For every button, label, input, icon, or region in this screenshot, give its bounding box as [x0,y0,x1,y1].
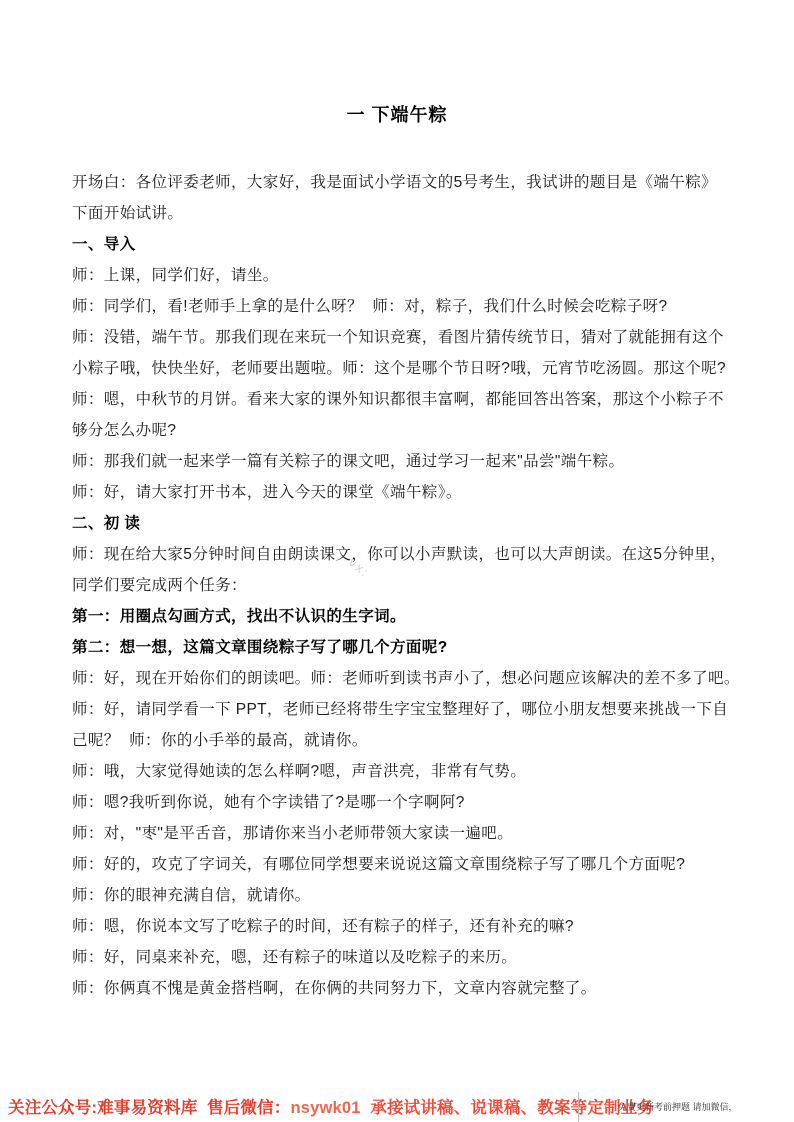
script-line: 师：好，请同学看一下 PPT，老师已经将带生字宝宝整理好了，哪位小朋友想要来挑战… [72,694,724,725]
script-line: 师：现在给大家5分钟时间自由朗读课文，你可以小声默读，也可以大声朗读。在这5分钟… [72,539,724,570]
script-line: 师：嗯，中秋节的月饼。看来大家的课外知识都很丰富啊，都能回答出答案，那这个小粽子… [72,384,724,415]
section-heading-line: 二、初 读 [72,508,724,539]
script-line: 师：哦，大家觉得她读的怎么样啊?嗯，声音洪亮，非常有气势。 [72,756,724,787]
script-line: 同学们要完成两个任务： [72,570,724,601]
footer-promo-suffix: 承接试讲稿、说课稿、教案等定制业务 [361,1099,654,1117]
document-page: { "title": "一 下端午粽", "watermark": "vx:",… [0,0,794,1122]
script-line: 够分怎么办呢? [72,415,724,446]
script-line: 师：嗯，你说本文写了吃粽子的时间，还有粽子的样子，还有补充的嘛? [72,911,724,942]
footer-bar: 关注公众号:难事易资料库 售后微信：nsywk01 承接试讲稿、说课稿、教案等定… [0,1092,794,1122]
section-heading-line: 第二：想一想，这篇文章围绕粽子写了哪几个方面呢? [72,632,724,663]
footer-promo-prefix: 关注公众号:难事易资料库 售后微信： [8,1099,290,1117]
script-line: 师：那我们就一起来学一篇有关粽子的课文吧，通过学习一起来"品尝"端午粽。 [72,446,724,477]
script-line: 师：你俩真不愧是黄金搭档啊，在你俩的共同努力下，文章内容就完整了。 [72,973,724,1004]
script-line: 师：好，同桌来补充，嗯，还有粽子的味道以及吃粽子的来历。 [72,942,724,973]
footer-divider [578,1092,579,1122]
script-line: 己呢？ 师：你的小手举的最高，就请你。 [72,725,724,756]
footer-promo-text: 关注公众号:难事易资料库 售后微信：nsywk01 承接试讲稿、说课稿、教案等定… [8,1094,654,1118]
script-line: 师：你的眼神充满自信，就请你。 [72,880,724,911]
document-body: 开场白：各位评委老师，大家好，我是面试小学语文的5号考生，我试讲的题目是《端午粽… [72,167,724,1004]
script-line: 师：嗯?我听到你说，她有个字读错了?是哪一个字啊阿? [72,787,724,818]
script-line: 师：没错，端午节。那我们现在来玩一个知识竞赛，看图片猜传统节日，猜对了就能拥有这… [72,322,724,353]
section-heading-line: 第一：用圈点勾画方式，找出不认识的生字词。 [72,601,724,632]
script-line: 开场白：各位评委老师，大家好，我是面试小学语文的5号考生，我试讲的题目是《端午粽… [72,167,724,198]
footer-right-note: 免费更新考前押题 请加微信， [618,1100,738,1113]
script-line: 师：好，请大家打开书本，进入今天的课堂《端午粽》。 [72,477,724,508]
footer-wechat-id: nsywk01 [290,1099,360,1117]
script-line: 师：好的，攻克了字词关，有哪位同学想要来说说这篇文章围绕粽子写了哪几个方面呢? [72,849,724,880]
section-heading-line: 一、导入 [72,229,724,260]
script-line: 师：好，现在开始你们的朗读吧。师：老师听到读书声小了，想必问题应该解决的差不多了… [72,663,724,694]
script-line: 师：同学们，看!老师手上拿的是什么呀？ 师：对，粽子，我们什么时候会吃粽子呀? [72,291,724,322]
script-line: 小粽子哦，快快坐好，老师要出题啦。师：这个是哪个节日呀?哦，元宵节吃汤圆。那这个… [72,353,724,384]
script-line: 下面开始试讲。 [72,198,724,229]
script-line: 师：对，"枣"是平舌音，那请你来当小老师带领大家读一遍吧。 [72,818,724,849]
script-line: 师：上课，同学们好，请坐。 [72,260,724,291]
page-title: 一 下端午粽 [0,101,794,127]
